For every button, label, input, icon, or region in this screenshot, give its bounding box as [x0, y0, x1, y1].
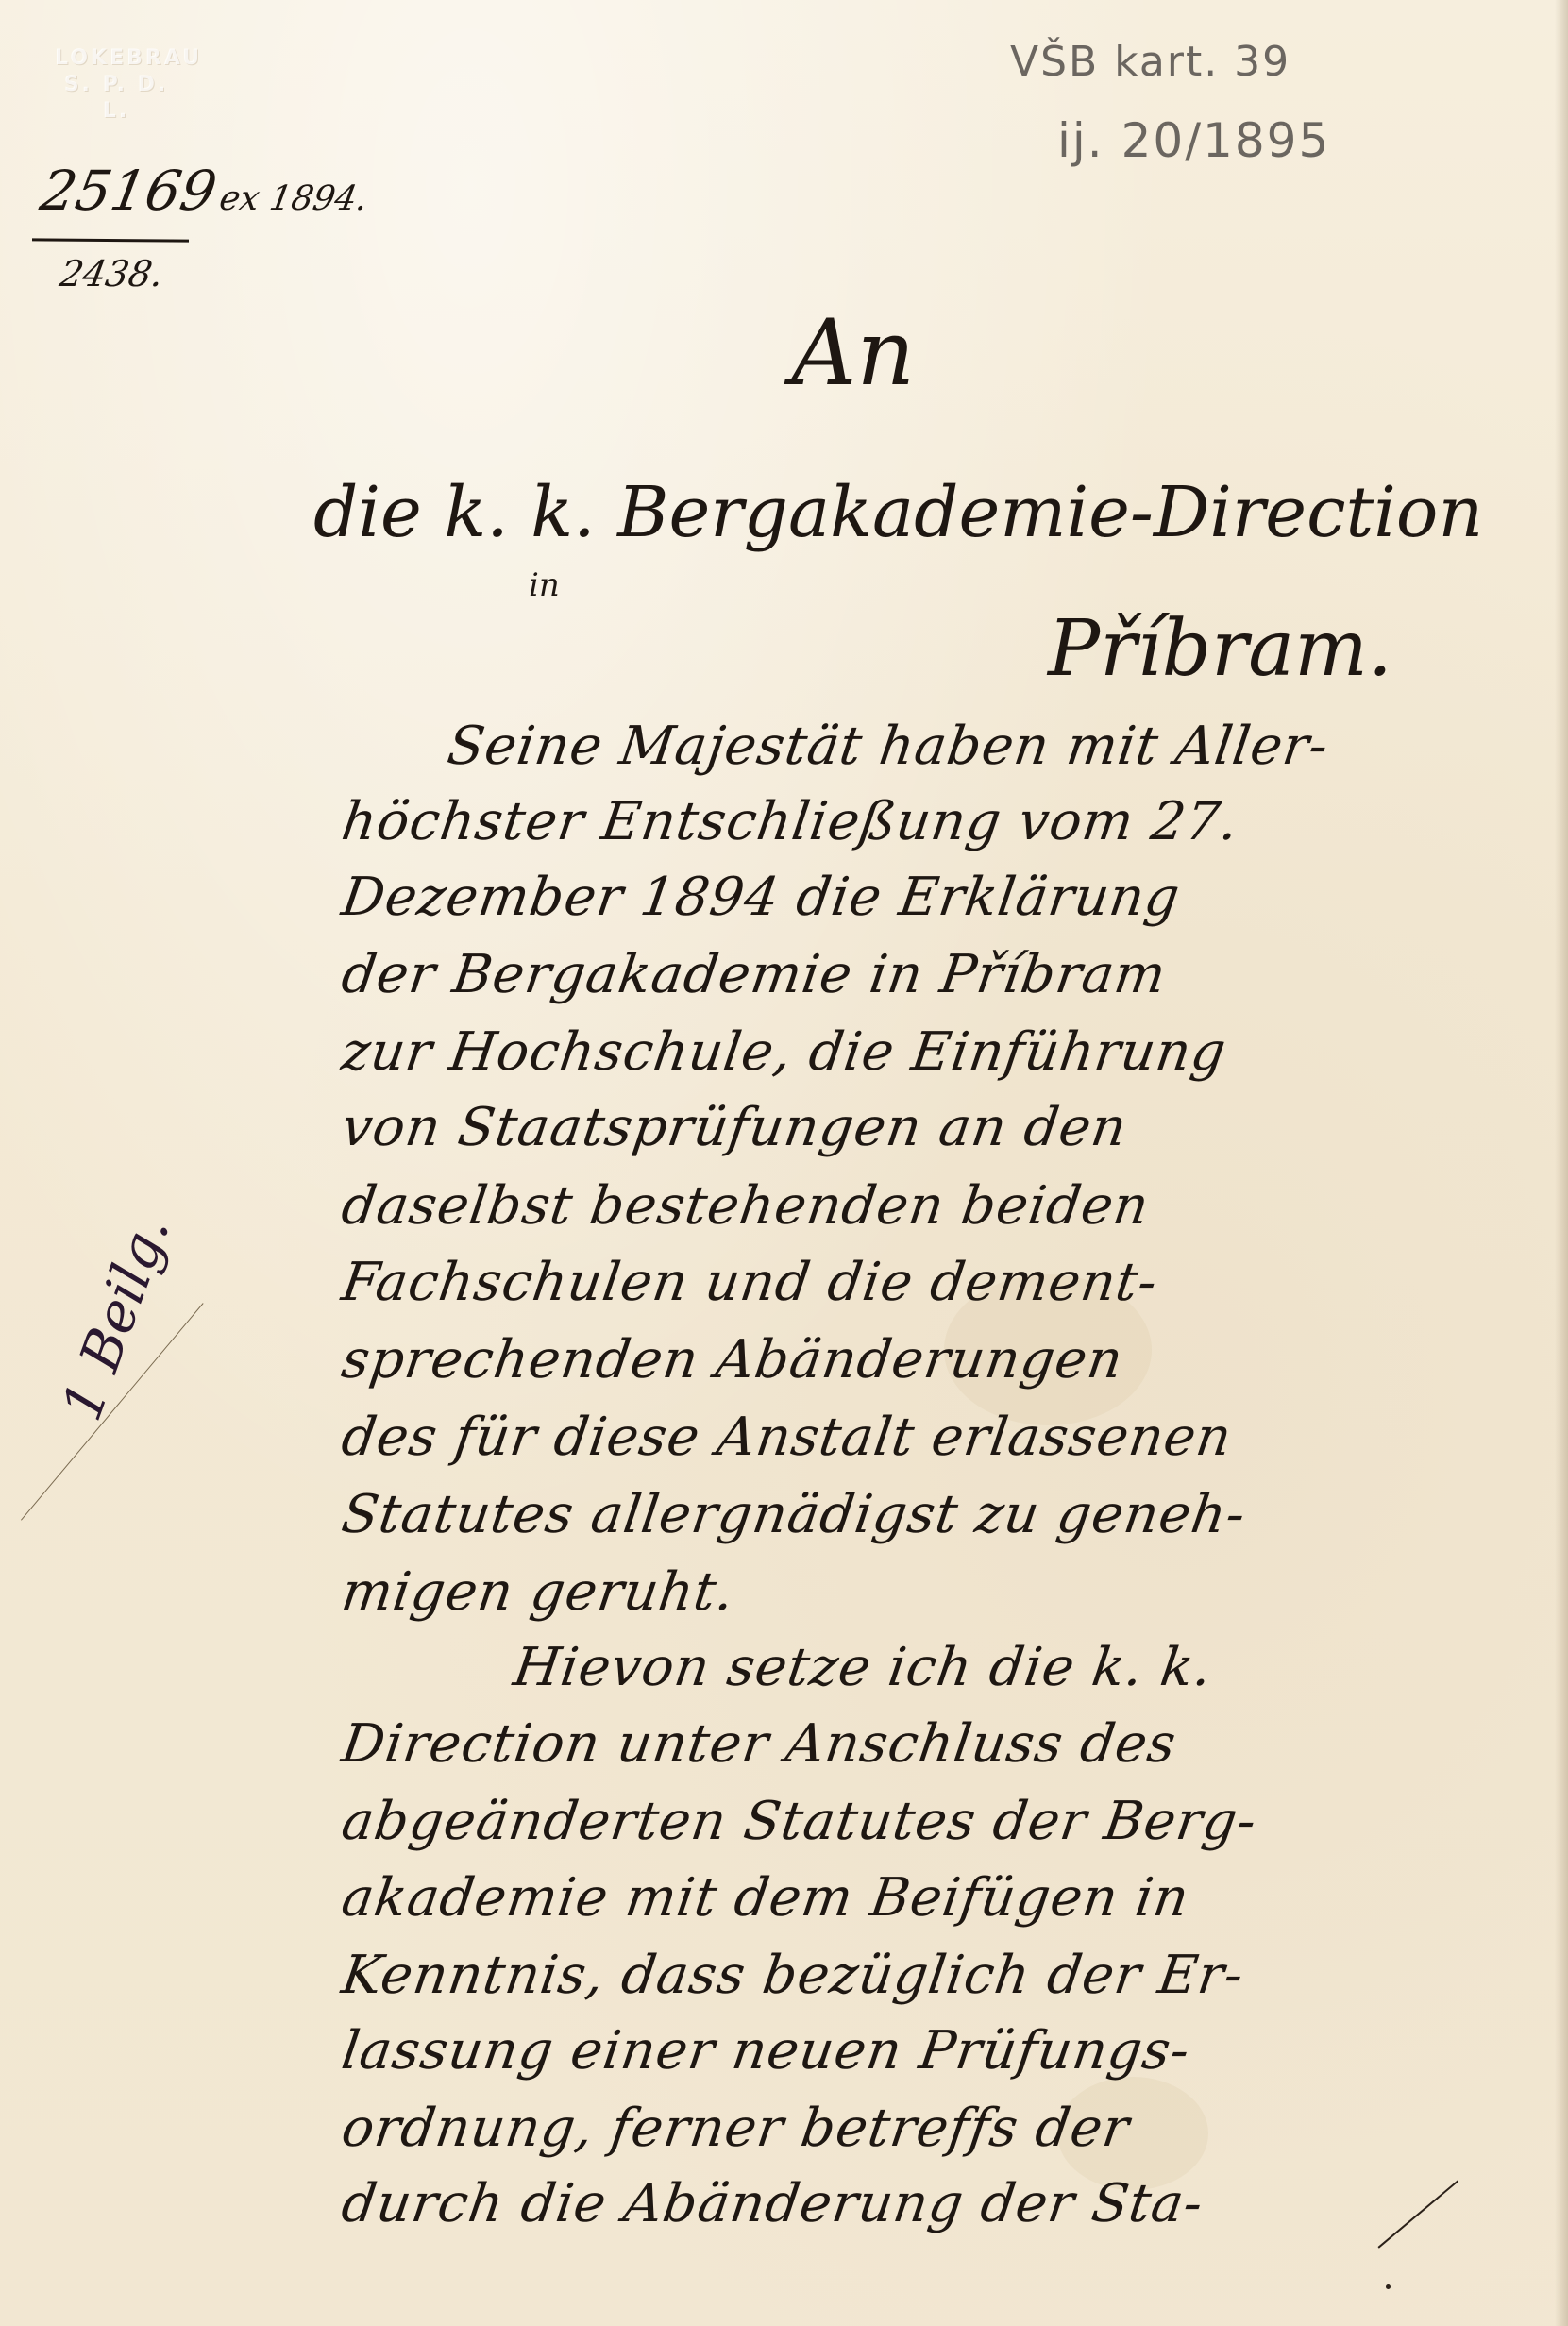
body-line: der Bergakademie in Příbram: [338, 944, 1170, 1005]
reference-number: 25169ex 1894.: [36, 159, 375, 223]
body-line: abgeänderten Statutes der Berg-: [338, 1791, 1260, 1852]
body-line: von Staatsprüfungen an den: [338, 1097, 1131, 1158]
body-line: daselbst bestehenden beiden: [338, 1175, 1154, 1237]
body-line: ordnung, ferner betreffs der: [338, 2098, 1134, 2159]
body-line: Kenntnis, dass bezüglich der Er-: [338, 1945, 1248, 2006]
addressee-line: die k. k. Bergakademie-Direction: [313, 472, 1483, 553]
body-line: des für diese Anstalt erlassenen: [338, 1407, 1236, 1468]
reference-number-main: 25169: [36, 159, 222, 223]
archive-note-line-1: VŠB kart. 39: [1010, 38, 1290, 86]
body-line: Dezember 1894 die Erklärung: [338, 867, 1184, 928]
body-line: Fachschulen und die dement-: [338, 1252, 1161, 1313]
margin-note: 1 Beilg.: [49, 1207, 182, 1429]
emboss-line-1: LOKEBRAU: [55, 45, 177, 72]
emboss-line-2: S. P. D. L.: [55, 72, 177, 125]
archive-note-line-2: ij. 20/1895: [1057, 113, 1330, 168]
body-line: migen geruht.: [338, 1561, 738, 1623]
reference-denominator: 2438.: [57, 253, 167, 295]
body-line: Direction unter Anschluss des: [338, 1713, 1180, 1775]
catchword-stroke: [1378, 2180, 1458, 2248]
document-page: LOKEBRAU S. P. D. L. 25169ex 1894. 2438.…: [0, 0, 1568, 2326]
body-line: höchster Entschließung vom 27.: [338, 791, 1242, 852]
reference-divider: [32, 238, 189, 242]
addressee-preposition: in: [529, 566, 560, 604]
body-line: sprechenden Abänderungen: [338, 1329, 1127, 1391]
greeting: An: [791, 300, 915, 406]
body-line: zur Hochschule, die Einführung: [338, 1021, 1230, 1083]
body-line: Hievon setze ich die k. k.: [510, 1637, 1216, 1698]
body-line: Seine Majestät haben mit Aller-: [444, 716, 1332, 777]
catchword-dot: [1386, 2284, 1391, 2289]
reference-number-suffix: ex 1894.: [216, 179, 370, 218]
embossed-stamp: LOKEBRAU S. P. D. L.: [55, 45, 177, 125]
body-line: Statutes allergnädigst zu geneh-: [338, 1484, 1250, 1545]
body-line: akademie mit dem Beifügen in: [338, 1867, 1193, 1929]
body-line: durch die Abänderung der Sta-: [338, 2173, 1207, 2234]
addressee-place: Příbram.: [1048, 604, 1392, 694]
body-line: lassung einer neuen Prüfungs-: [338, 2020, 1194, 2082]
